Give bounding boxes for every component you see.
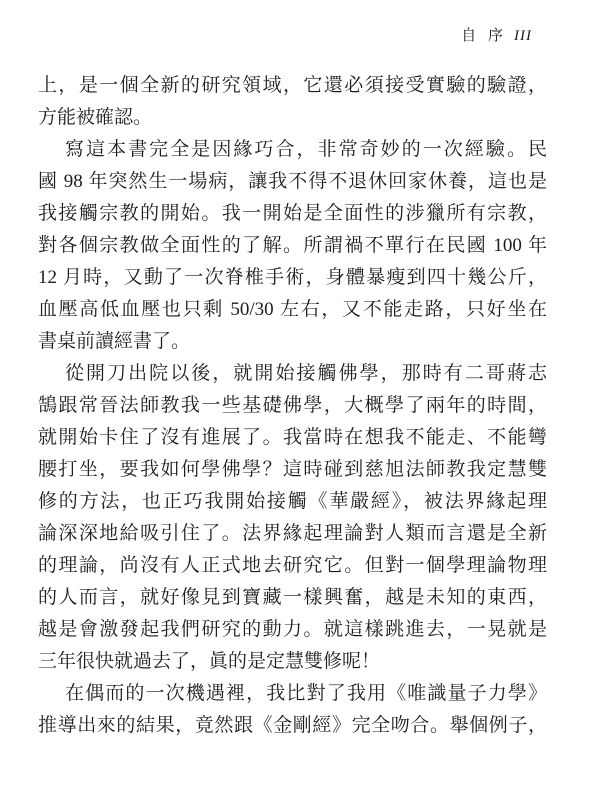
text-line: 修的方法，也正巧我開始接觸《華嚴經》，被法界緣起理 xyxy=(38,486,547,518)
section-title: 自 序 xyxy=(461,28,505,44)
text-line: 寫這本書完全是因緣巧合，非常奇妙的一次經驗。民 xyxy=(38,134,547,166)
page-header: 自 序III xyxy=(38,27,532,45)
text-line: 12 月時，又動了一次脊椎手術，身體暴瘦到四十幾公斤， xyxy=(38,262,547,294)
page-number: III xyxy=(514,28,532,44)
text-line: 方能被確認。 xyxy=(38,102,547,134)
text-line: 就開始卡住了沒有進展了。我當時在想我不能走、不能彎 xyxy=(38,422,547,454)
text-line: 腰打坐，要我如何學佛學？這時碰到慈旭法師教我定慧雙 xyxy=(38,454,547,486)
book-page: 自 序III 上，是一個全新的研究領域，它還必須接受實驗的驗證， 方能被確認。 … xyxy=(0,0,592,803)
text-line: 的人而言，就好像見到寶藏一樣興奮，越是未知的東西， xyxy=(38,582,547,614)
text-line: 書桌前讀經書了。 xyxy=(38,326,547,358)
text-line: 鵠跟常晉法師教我一些基礎佛學，大概學了兩年的時間， xyxy=(38,390,547,422)
text-line: 論深深地給吸引住了。法界緣起理論對人類而言還是全新 xyxy=(38,518,547,550)
text-line: 我接觸宗教的開始。我一開始是全面性的涉獵所有宗教， xyxy=(38,198,547,230)
text-line: 對各個宗教做全面性的了解。所謂禍不單行在民國 100 年 xyxy=(38,230,547,262)
text-line: 的理論，尚沒有人正式地去研究它。但對一個學理論物理 xyxy=(38,550,547,582)
text-line: 在偶而的一次機遇裡，我比對了我用《唯識量子力學》 xyxy=(38,678,547,710)
text-line: 推導出來的結果，竟然跟《金剛經》完全吻合。舉個例子， xyxy=(38,710,547,742)
text-line: 越是會激發起我們研究的動力。就這樣跳進去，一晃就是 xyxy=(38,614,547,646)
text-body: 上，是一個全新的研究領域，它還必須接受實驗的驗證， 方能被確認。 寫這本書完全是… xyxy=(38,70,547,742)
text-line: 從開刀出院以後，就開始接觸佛學，那時有二哥蔣志 xyxy=(38,358,547,390)
text-line: 上，是一個全新的研究領域，它還必須接受實驗的驗證， xyxy=(38,70,547,102)
text-line: 血壓高低血壓也只剩 50/30 左右，又不能走路，只好坐在 xyxy=(38,294,547,326)
text-line: 三年很快就過去了，眞的是定慧雙修呢！ xyxy=(38,646,547,678)
text-line: 國 98 年突然生一場病，讓我不得不退休回家休養，這也是 xyxy=(38,166,547,198)
